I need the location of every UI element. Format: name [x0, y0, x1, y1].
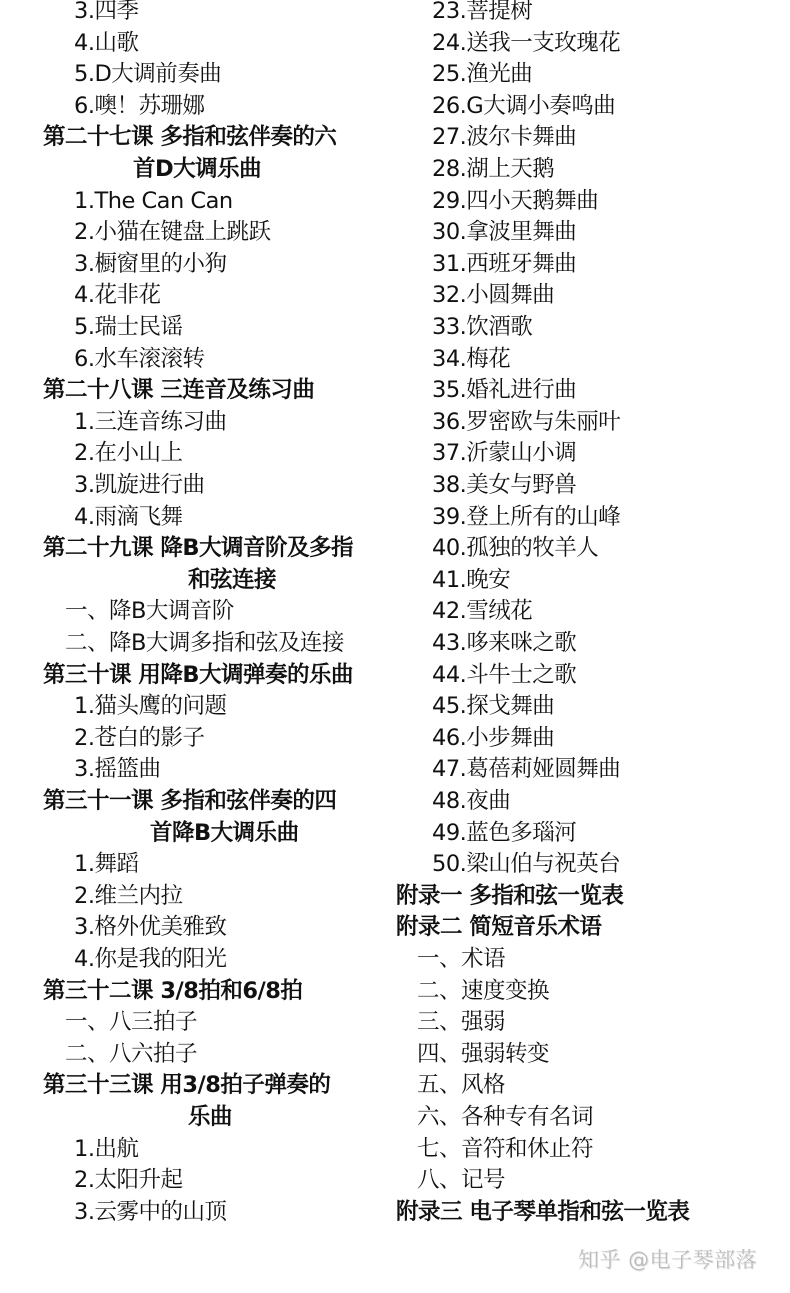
- section-heading: 第三十三课 用3/8拍子弹奏的: [43, 1070, 330, 1102]
- toc-item: 二、降B大调多指和弦及连接: [65, 628, 344, 660]
- toc-item: 五、风格: [417, 1070, 505, 1102]
- toc-item: 30.拿波里舞曲: [432, 217, 576, 249]
- section-heading: 附录一 多指和弦一览表: [396, 881, 623, 913]
- toc-item: 4.你是我的阳光: [74, 944, 226, 976]
- section-heading: 第三十课 用降B大调弹奏的乐曲: [43, 660, 353, 692]
- toc-item: 47.葛蓓莉娅圆舞曲: [432, 754, 620, 786]
- toc-item: 一、八三拍子: [65, 1007, 197, 1039]
- toc-item: 45.探戈舞曲: [432, 691, 554, 723]
- toc-item: 5.瑞士民谣: [74, 312, 182, 344]
- toc-item: 3.摇篮曲: [74, 754, 160, 786]
- toc-item: 1.舞蹈: [74, 849, 138, 881]
- zhihu-watermark: 知乎 @电子琴部落: [578, 1244, 757, 1274]
- toc-item: 4.花非花: [74, 280, 160, 312]
- section-heading: 首降B大调乐曲: [150, 818, 299, 850]
- toc-item: 七、音符和休止符: [417, 1134, 593, 1166]
- toc-item: 26.G大调小奏鸣曲: [432, 91, 615, 123]
- toc-item: 43.哆来咪之歌: [432, 628, 576, 660]
- toc-item: 29.四小天鹅舞曲: [432, 186, 598, 218]
- toc-item: 2.小猫在键盘上跳跃: [74, 217, 270, 249]
- toc-item: 二、速度变换: [417, 976, 549, 1008]
- toc-item: 2.太阳升起: [74, 1165, 182, 1197]
- toc-item: 35.婚礼进行曲: [432, 375, 576, 407]
- section-heading: 第二十九课 降B大调音阶及多指: [43, 533, 353, 565]
- toc-item: 42.雪绒花: [432, 596, 532, 628]
- toc-item: 3.格外优美雅致: [74, 912, 226, 944]
- toc-item: 6.水车滚滚转: [74, 344, 204, 376]
- toc-item: 46.小步舞曲: [432, 723, 554, 755]
- toc-item: 50.梁山伯与祝英台: [432, 849, 620, 881]
- toc-item: 28.湖上天鹅: [432, 154, 554, 186]
- toc-item: 1.The Can Can: [74, 186, 233, 218]
- toc-item: 二、八六拍子: [65, 1039, 197, 1071]
- toc-item: 36.罗密欧与朱丽叶: [432, 407, 620, 439]
- toc-item: 49.蓝色多瑙河: [432, 818, 576, 850]
- toc-item: 34.梅花: [432, 344, 510, 376]
- toc-item: 六、各种专有名词: [417, 1102, 593, 1134]
- toc-item: 23.菩提树: [432, 0, 532, 28]
- toc-item: 1.猫头鹰的问题: [74, 691, 226, 723]
- section-heading: 附录三 电子琴单指和弦一览表: [396, 1197, 689, 1229]
- toc-item: 48.夜曲: [432, 786, 510, 818]
- toc-item: 6.噢！苏珊娜: [74, 91, 204, 123]
- section-heading: 首D大调乐曲: [133, 154, 261, 186]
- toc-item: 2.在小山上: [74, 438, 182, 470]
- section-heading: 第二十七课 多指和弦伴奏的六: [43, 122, 336, 154]
- toc-item: 39.登上所有的山峰: [432, 502, 620, 534]
- toc-item: 33.饮酒歌: [432, 312, 532, 344]
- toc-item: 27.波尔卡舞曲: [432, 122, 576, 154]
- toc-item: 3.云雾中的山顶: [74, 1197, 226, 1229]
- toc-item: 三、强弱: [417, 1007, 505, 1039]
- toc-item: 一、术语: [417, 944, 505, 976]
- section-heading: 乐曲: [188, 1102, 232, 1134]
- toc-item: 44.斗牛士之歌: [432, 660, 576, 692]
- toc-item: 一、降B大调音阶: [65, 596, 234, 628]
- toc-item: 4.山歌: [74, 28, 138, 60]
- toc-item: 八、记号: [417, 1165, 505, 1197]
- toc-item: 31.西班牙舞曲: [432, 249, 576, 281]
- toc-item: 24.送我一支玫瑰花: [432, 28, 620, 60]
- toc-item: 2.维兰内拉: [74, 881, 182, 913]
- toc-item: 3.橱窗里的小狗: [74, 249, 226, 281]
- section-heading: 第三十二课 3/8拍和6/8拍: [43, 976, 302, 1008]
- toc-item: 38.美女与野兽: [432, 470, 576, 502]
- toc-item: 1.出航: [74, 1134, 138, 1166]
- toc-item: 四、强弱转变: [417, 1039, 549, 1071]
- toc-item: 3.四季: [74, 0, 138, 28]
- toc-item: 5.D大调前奏曲: [74, 59, 221, 91]
- section-heading: 和弦连接: [188, 565, 276, 597]
- toc-item: 25.渔光曲: [432, 59, 532, 91]
- section-heading: 第三十一课 多指和弦伴奏的四: [43, 786, 336, 818]
- toc-item: 37.沂蒙山小调: [432, 438, 576, 470]
- toc-item: 2.苍白的影子: [74, 723, 204, 755]
- toc-item: 41.晚安: [432, 565, 510, 597]
- section-heading: 附录二 简短音乐术语: [396, 912, 601, 944]
- toc-item: 1.三连音练习曲: [74, 407, 226, 439]
- toc-item: 4.雨滴飞舞: [74, 502, 182, 534]
- section-heading: 第二十八课 三连音及练习曲: [43, 375, 314, 407]
- toc-item: 40.孤独的牧羊人: [432, 533, 598, 565]
- toc-item: 32.小圆舞曲: [432, 280, 554, 312]
- toc-item: 3.凯旋进行曲: [74, 470, 204, 502]
